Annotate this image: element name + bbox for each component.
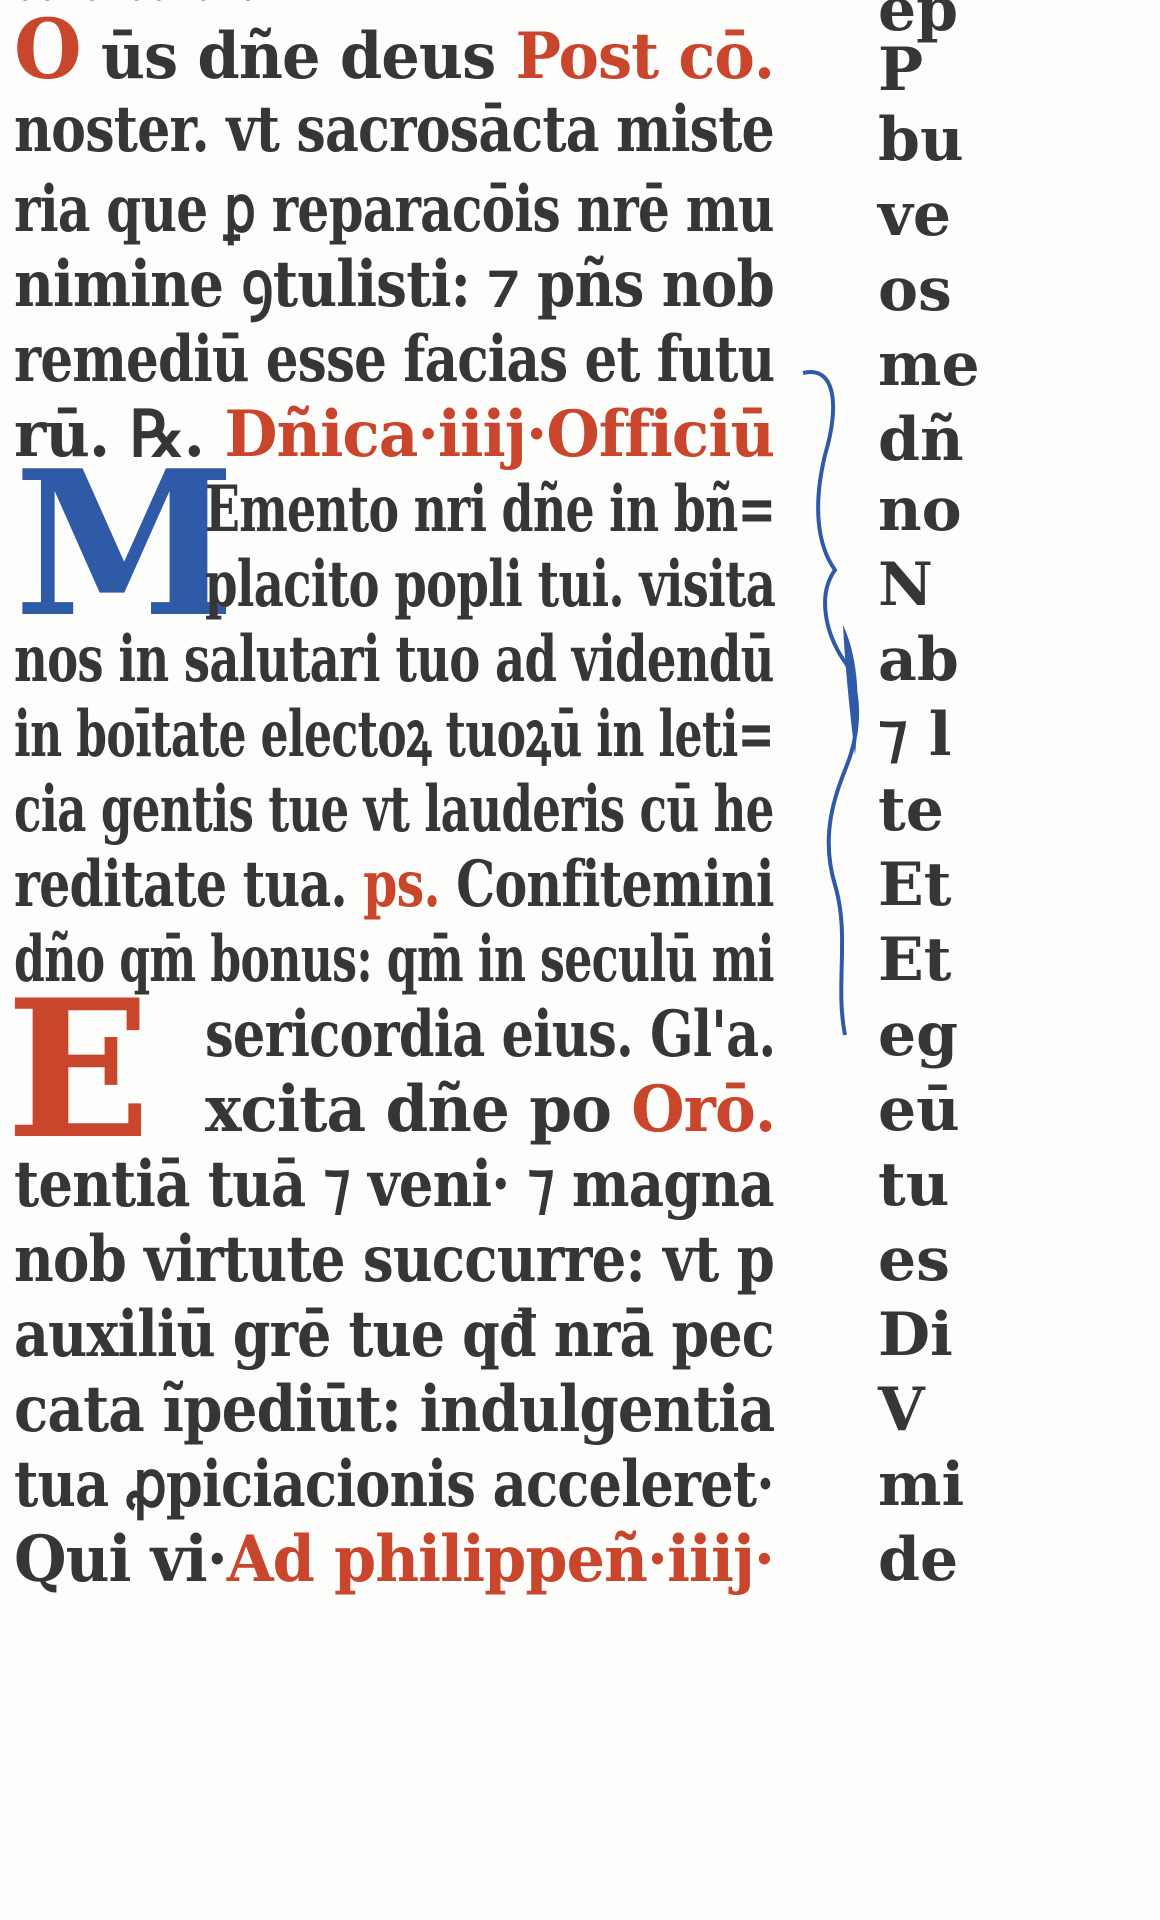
line-text: tua ꝓpiciacionis acceleret· [14, 1447, 774, 1522]
text-line-9: nos in salutari tuo ad videndū [14, 620, 774, 700]
text-line-2: noster. vt sacrosācta miste [14, 90, 774, 170]
text-line-8: placito popli tui. visita [205, 545, 775, 625]
rubric-ad-philippenses: Ad philippeñ·iiij· [227, 1522, 774, 1597]
text-line-19: cata ĩpediūt: indulgentia [14, 1370, 774, 1450]
line-text: nimine ꝯtulisti: ⁊ pñs nob [14, 247, 774, 322]
right-line: bu [878, 100, 964, 180]
text-line-18: auxiliū grē tue qđ nrā pec [14, 1295, 774, 1375]
line-text: auxiliū grē tue qđ nrā pec [14, 1297, 774, 1372]
left-column: ·· · ·· · · O ūs dñe deus Post cō. noste… [0, 0, 790, 1920]
right-line: me [878, 325, 980, 405]
text-line-5: remediū esse facias et futu [14, 320, 774, 400]
text-line-3: ria que ꝑ reparacōis nrē mu [14, 170, 774, 250]
right-line: ⁊ l [878, 695, 952, 775]
line-text: Emento nri dñe in bñ= [205, 472, 775, 547]
right-line: Et [878, 920, 951, 1000]
right-line: dñ [878, 400, 964, 480]
right-line: ve [878, 175, 951, 255]
right-column-cropped: ep P bu ve os me dñ no N ab ⁊ l te Et Et… [860, 0, 1160, 1920]
line-text: nos in salutari tuo ad videndū [14, 622, 774, 697]
text-line-17: nob virtute succurre: vt p [14, 1220, 774, 1300]
text-line-21: Qui vi·Ad philippeñ·iiij· [14, 1520, 774, 1600]
right-line: Di [878, 1295, 953, 1375]
text-line-15: xcita dñe po Orō. [205, 1070, 775, 1150]
manuscript-page: ·· · ·· · · O ūs dñe deus Post cō. noste… [0, 0, 1160, 1920]
line-text: ria que ꝑ reparacōis nrē mu [14, 172, 774, 247]
blue-bracket-flourish [795, 365, 865, 1045]
right-line: ab [878, 620, 959, 700]
text-line-16: tentiā tuā ⁊ veni· ⁊ magna [14, 1145, 774, 1225]
text-line-4: nimine ꝯtulisti: ⁊ pñs nob [14, 245, 774, 325]
right-line: os [878, 250, 952, 330]
right-line: V [878, 1370, 925, 1450]
text-line-7: Emento nri dñe in bñ= [205, 470, 775, 550]
line-text: sericordia eius. Gl'a. [205, 997, 775, 1072]
right-line: de [878, 1520, 958, 1600]
line-text: reditate tua. [14, 847, 363, 922]
text-line-1: O ūs dñe deus Post cō. [14, 10, 774, 90]
rubric-post-communion: Post cō. [515, 19, 774, 94]
right-line: es [878, 1220, 950, 1300]
line-text: cata ĩpediūt: indulgentia [14, 1372, 774, 1447]
line-text: in boītate electoꝝ tuoꝝū in leti= [14, 697, 774, 772]
right-line: eū [878, 1070, 960, 1150]
blue-drop-cap-m: M [14, 445, 235, 645]
right-line: te [878, 770, 944, 850]
line-text: placito popli tui. visita [205, 547, 775, 622]
right-line: Et [878, 845, 951, 925]
line-text: tentiā tuā ⁊ veni· ⁊ magna [14, 1147, 774, 1222]
text-line-12: reditate tua. ps. Confitemini [14, 845, 774, 925]
right-line: P [878, 30, 923, 110]
text-line-11: cia gentis tue vt lauderis cū he [14, 770, 774, 850]
right-line: no [878, 470, 962, 550]
rubric-oratio: Orō. [631, 1072, 775, 1147]
line-text: nob virtute succurre: vt p [14, 1222, 774, 1297]
line-text: ūs dñe deus [81, 19, 516, 94]
line-text: noster. vt sacrosācta miste [14, 92, 774, 167]
text-line-20: tua ꝓpiciacionis acceleret· [14, 1445, 774, 1525]
text-line-14: sericordia eius. Gl'a. [205, 995, 775, 1075]
right-line: eg [878, 995, 958, 1075]
red-drop-cap-e: E [6, 975, 151, 1165]
right-line: N [878, 545, 933, 625]
rubric-psalm: ps. [363, 847, 440, 922]
right-line: tu [878, 1145, 949, 1225]
red-initial-o: O [14, 2, 81, 98]
line-text: cia gentis tue vt lauderis cū he [14, 772, 774, 847]
line-text: Qui vi· [14, 1522, 227, 1597]
right-line: mi [878, 1445, 964, 1525]
line-text: remediū esse facias et futu [14, 322, 774, 397]
text-line-10: in boītate electoꝝ tuoꝝū in leti= [14, 695, 774, 775]
line-text: Confitemini [440, 847, 774, 922]
rubric-dominica-officium: Dñica·iiij·Officiū [224, 397, 774, 472]
line-text: xcita dñe po [205, 1072, 631, 1147]
